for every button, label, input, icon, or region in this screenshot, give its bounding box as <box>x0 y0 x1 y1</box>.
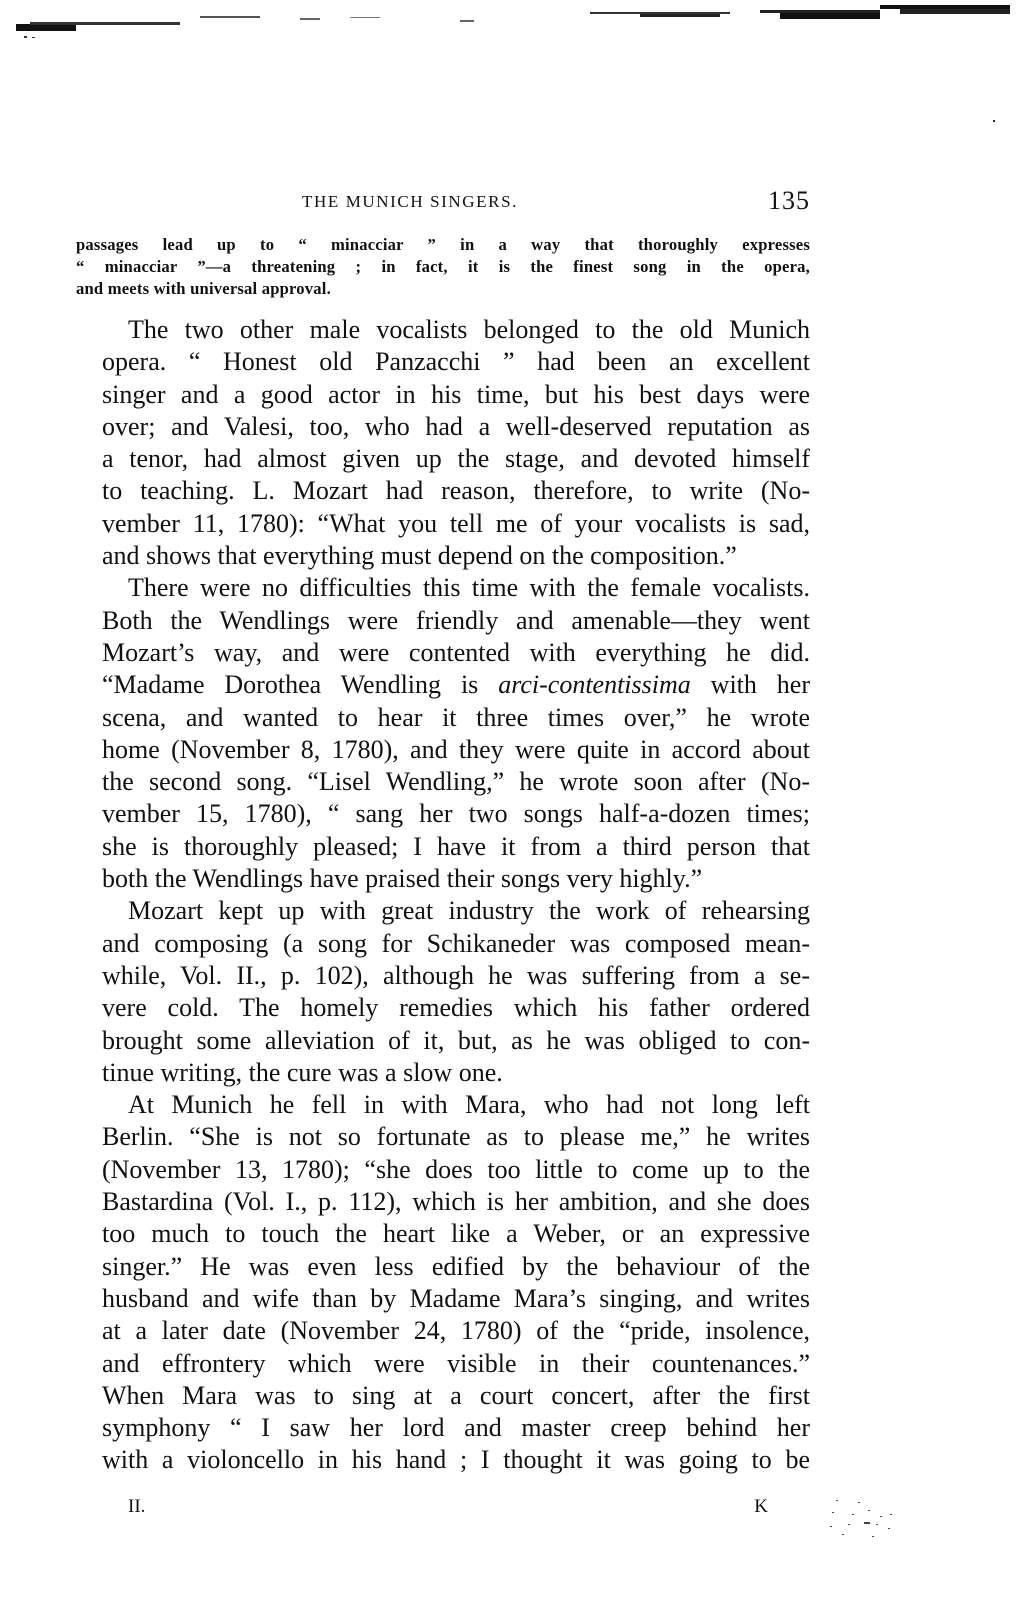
margin-speck <box>993 120 995 122</box>
text-line: Mozart’s way, and were contented with ev… <box>76 637 810 669</box>
running-head: THE MUNICH SINGERS. 135 <box>76 186 810 220</box>
text-line: and effrontery which were visible in the… <box>76 1348 810 1380</box>
footnote-continuation: passages lead up to “ minacciar ” in a w… <box>76 234 810 300</box>
paragraph-mara: At Munich he fell in with Mara, who had … <box>76 1089 810 1477</box>
text-line-with-italic: “Madame Dorothea Wendling is arci-conten… <box>76 669 810 701</box>
text-line: brought some alleviation of it, but, as … <box>76 1025 810 1057</box>
gathering-signature: K <box>754 1496 768 1518</box>
text-line: and shows that everything must depend on… <box>76 540 810 572</box>
book-page: THE MUNICH SINGERS. 135 passages lead up… <box>76 186 810 1477</box>
page-number: 135 <box>768 186 810 216</box>
text-line: opera. “ Honest old Panzacchi ” had been… <box>76 346 810 378</box>
text-line: At Munich he fell in with Mara, who had … <box>76 1089 810 1121</box>
text-fragment: with her <box>691 670 810 699</box>
body-text: The two other male vocalists belonged to… <box>76 314 810 1477</box>
footnote-line: “ minacciar ”—a threatening ; in fact, i… <box>76 256 810 278</box>
text-line: to teaching. L. Mozart had reason, there… <box>76 475 810 507</box>
text-fragment: “Madame Dorothea Wendling is <box>102 670 498 699</box>
text-line: the second song. “Lisel Wendling,” he wr… <box>76 766 810 798</box>
text-line: husband and wife than by Madame Mara’s s… <box>76 1283 810 1315</box>
text-line: (November 13, 1780); “she does too littl… <box>76 1154 810 1186</box>
text-line: over; and Valesi, too, who had a well-de… <box>76 411 810 443</box>
text-line: singer and a good actor in his time, but… <box>76 379 810 411</box>
text-line: vember 15, 1780), “ sang her two songs h… <box>76 798 810 830</box>
text-line: When Mara was to sing at a court concert… <box>76 1380 810 1412</box>
italic-phrase: arci-contentissima <box>498 670 691 699</box>
text-line: singer.” He was even less edified by the… <box>76 1251 810 1283</box>
text-line: vere cold. The homely remedies which his… <box>76 992 810 1024</box>
scan-edge-artifact <box>0 0 1034 40</box>
text-line: Bastardina (Vol. I., p. 112), which is h… <box>76 1186 810 1218</box>
text-line: too much to touch the heart like a Weber… <box>76 1218 810 1250</box>
text-line: she is thoroughly pleased; I have it fro… <box>76 831 810 863</box>
footnote-line: and meets with universal approval. <box>76 278 810 300</box>
text-line: There were no difficulties this time wit… <box>76 572 810 604</box>
paragraph-rehearsing: Mozart kept up with great industry the w… <box>76 895 810 1089</box>
text-line: The two other male vocalists belonged to… <box>76 314 810 346</box>
volume-signature: II. <box>128 1496 145 1518</box>
footnote-line: passages lead up to “ minacciar ” in a w… <box>76 234 810 256</box>
paragraph-male-vocalists: The two other male vocalists belonged to… <box>76 314 810 572</box>
paragraph-female-vocalists: There were no difficulties this time wit… <box>76 572 810 895</box>
running-title: THE MUNICH SINGERS. <box>302 192 518 212</box>
scan-speckle-artifact <box>828 1496 908 1546</box>
text-line: Mozart kept up with great industry the w… <box>76 895 810 927</box>
text-line: Berlin. “She is not so fortunate as to p… <box>76 1121 810 1153</box>
text-line: both the Wendlings have praised their so… <box>76 863 810 895</box>
text-line: home (November 8, 1780), and they were q… <box>76 734 810 766</box>
text-line: Both the Wendlings were friendly and ame… <box>76 605 810 637</box>
text-line: scena, and wanted to hear it three times… <box>76 702 810 734</box>
text-line: with a violoncello in his hand ; I thoug… <box>76 1444 810 1476</box>
page-footer: II. K <box>128 1496 768 1526</box>
text-line: symphony “ I saw her lord and master cre… <box>76 1412 810 1444</box>
text-line: vember 11, 1780): “What you tell me of y… <box>76 508 810 540</box>
text-line: at a later date (November 24, 1780) of t… <box>76 1315 810 1347</box>
text-line: while, Vol. II., p. 102), although he wa… <box>76 960 810 992</box>
text-line: and composing (a song for Schikaneder wa… <box>76 928 810 960</box>
text-line: a tenor, had almost given up the stage, … <box>76 443 810 475</box>
text-line: tinue writing, the cure was a slow one. <box>76 1057 810 1089</box>
